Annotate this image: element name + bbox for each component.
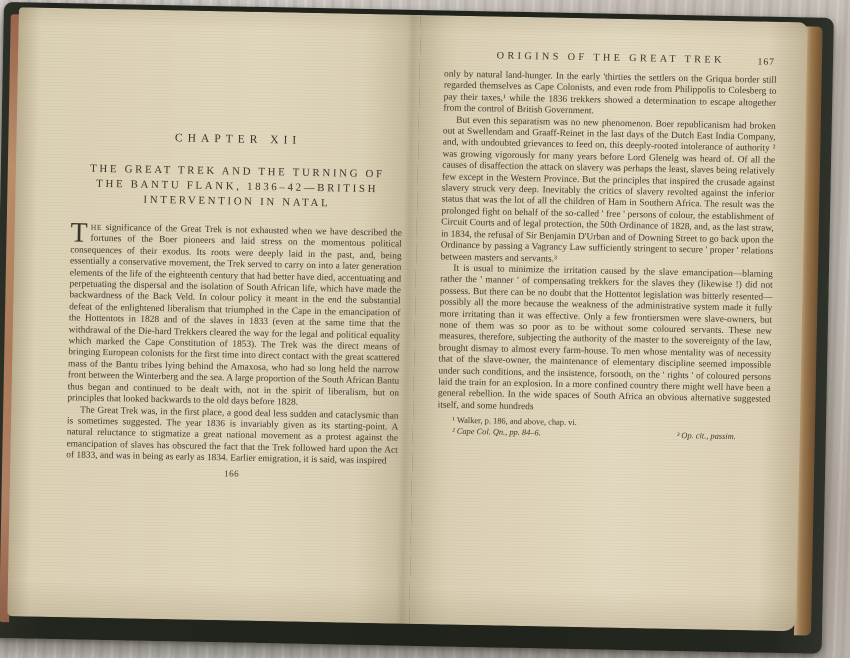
page-number-left: 166: [66, 465, 398, 481]
running-header: ORIGINS OF THE GREAT TREK 167: [444, 49, 777, 66]
footnotes: ¹ Walker, p. 186, and above, chap. vi. ²…: [437, 416, 770, 444]
open-pages: CHAPTER XII THE GREAT TREK AND THE TURNI…: [7, 7, 808, 631]
body-paragraph-5: It is usual to minimize the irritation c…: [438, 263, 773, 418]
lead-caps: HE: [91, 223, 102, 232]
chapter-heading: CHAPTER XII: [72, 130, 404, 148]
photo-background: CHAPTER XII THE GREAT TREK AND THE TURNI…: [0, 0, 850, 658]
body-paragraph-3: only by natural land-hunger. In the earl…: [443, 69, 776, 121]
page-number-right: 167: [757, 56, 775, 67]
body-paragraph-4: But even this separatism was no new phen…: [440, 115, 775, 270]
footnote-2: ² Cape Col. Qn., pp. 84–6.: [452, 426, 541, 438]
footnote-3: ³ Op. cit., passim.: [677, 431, 736, 443]
right-page: ORIGINS OF THE GREAT TREK 167 only by na…: [410, 15, 808, 631]
running-header-title: ORIGINS OF THE GREAT TREK: [497, 50, 725, 65]
drop-cap: T: [70, 221, 91, 243]
paragraph-text: significance of the Great Trek is not ex…: [67, 223, 402, 408]
chapter-title: THE GREAT TREK AND THE TURNING OF THE BA…: [71, 161, 403, 212]
body-paragraph-1: THE significance of the Great Trek is no…: [67, 221, 402, 411]
left-page: CHAPTER XII THE GREAT TREK AND THE TURNI…: [7, 7, 421, 624]
body-paragraph-2: The Great Trek was, in the first place, …: [66, 405, 398, 468]
book: CHAPTER XII THE GREAT TREK AND THE TURNI…: [0, 2, 834, 654]
